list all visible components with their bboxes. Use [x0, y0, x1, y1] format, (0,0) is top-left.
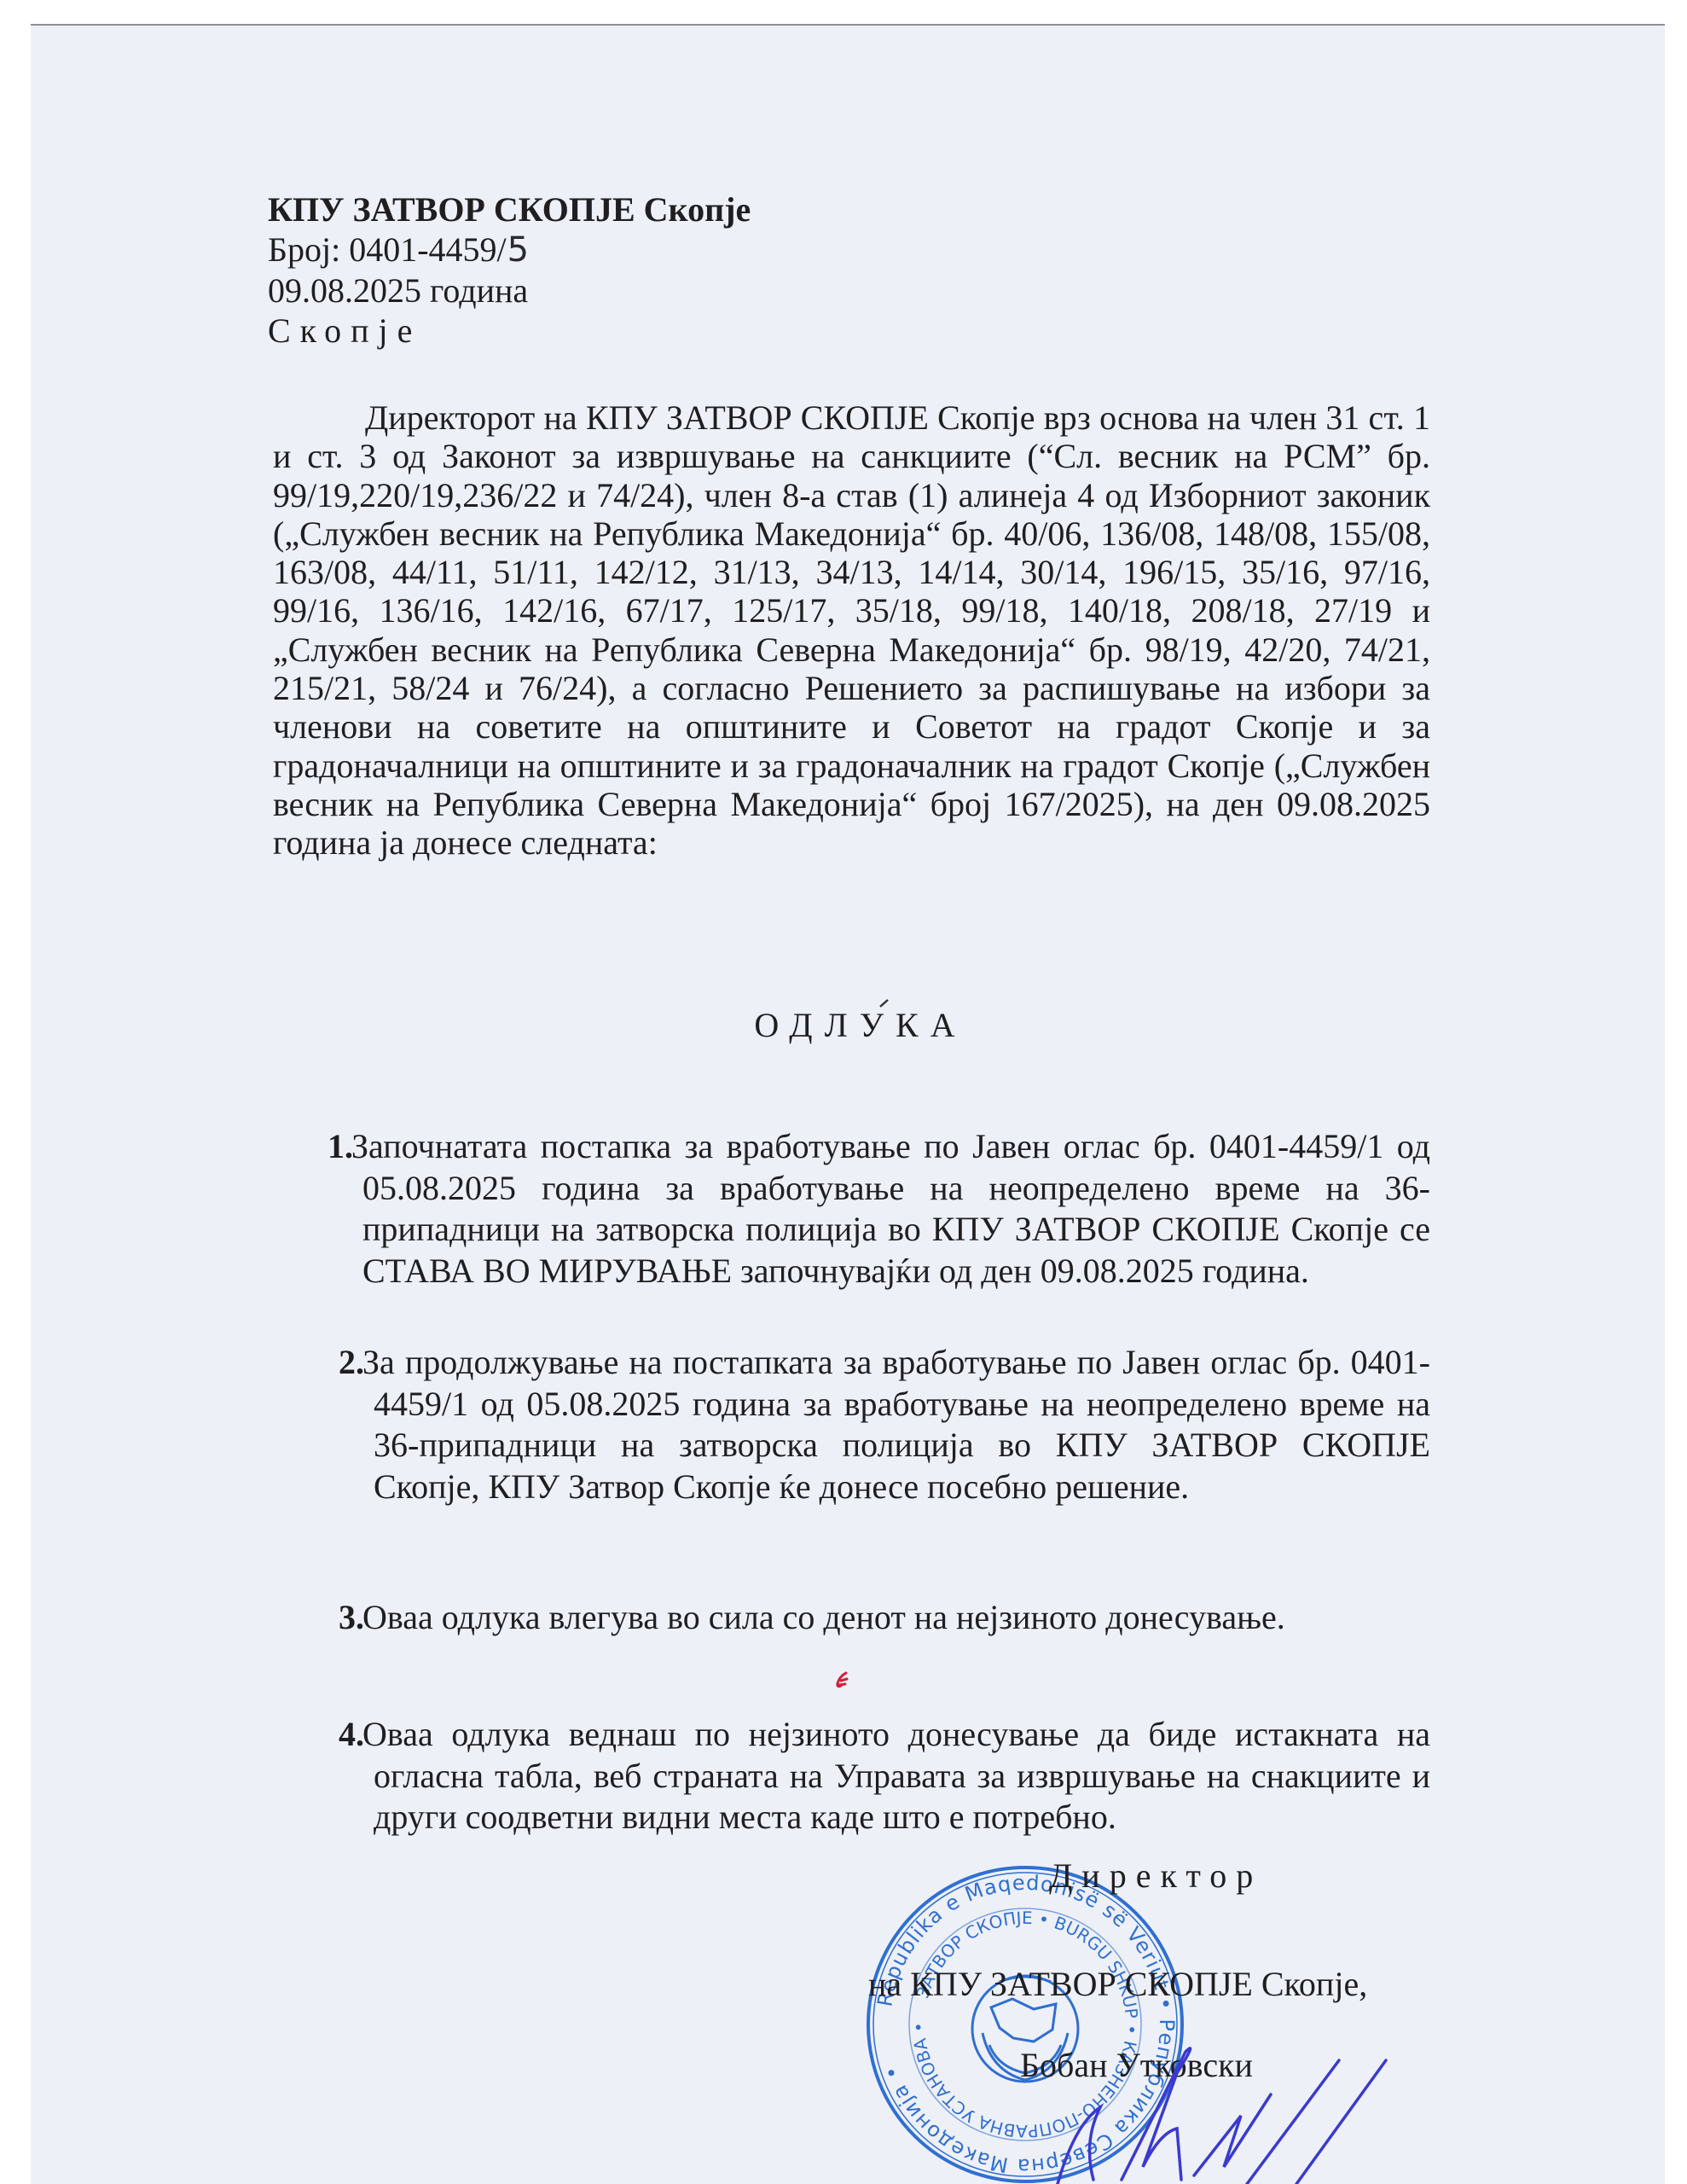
document-header: КПУ ЗАТВОР СКОПЈЕ Скопје Број: 0401-4459…: [268, 189, 751, 351]
item-number: 3.: [339, 1597, 364, 1638]
decision-item: 1. Започнатата постапка за вработување п…: [351, 1126, 1430, 1292]
item-text: За продолжување на постапката за вработу…: [362, 1342, 1430, 1507]
preamble-paragraph: Директорот на КПУ ЗАТВОР СКОПЈЕ Скопје в…: [273, 398, 1430, 863]
item-number: 2.: [339, 1342, 364, 1384]
document-city: Скопје: [268, 311, 751, 351]
item-number: 1.: [328, 1126, 353, 1168]
document-number-label: Број: 0401-4459/: [268, 230, 507, 269]
decision-item: 4. Оваа одлука веднаш по нејзиното донес…: [362, 1714, 1430, 1838]
item-text: Започнатата постапка за вработување по Ј…: [351, 1126, 1430, 1292]
handwritten-number-suffix: 5: [507, 230, 529, 270]
signatory-title: Директор: [1049, 1856, 1262, 1896]
item-text: Оваа одлука веднаш по нејзиното донесува…: [362, 1714, 1430, 1838]
decision-item: 2. За продолжување на постапката за враб…: [362, 1342, 1430, 1507]
organization-name: КПУ ЗАТВОР СКОПЈЕ Скопје: [268, 189, 751, 229]
accent-mark-icon: [878, 998, 890, 1008]
item-text: Оваа одлука влегува во сила со денот на …: [362, 1597, 1430, 1638]
item-number: 4.: [339, 1714, 364, 1756]
document-number: Број: 0401-4459/5: [268, 229, 751, 270]
signatory-organization: на КПУ ЗАТВОР СКОПЈЕ Скопје,: [868, 1964, 1367, 2004]
document: КПУ ЗАТВОР СКОПЈЕ Скопје Број: 0401-4459…: [0, 0, 1687, 2184]
red-ink-mark-icon: [834, 1670, 853, 1691]
document-date: 09.08.2025 година: [268, 270, 751, 311]
decision-item: 3. Оваа одлука влегува во сила со денот …: [362, 1597, 1430, 1638]
handwritten-signature-icon: [1049, 2039, 1407, 2184]
decision-title: ОДЛУКА: [0, 1005, 1687, 1045]
